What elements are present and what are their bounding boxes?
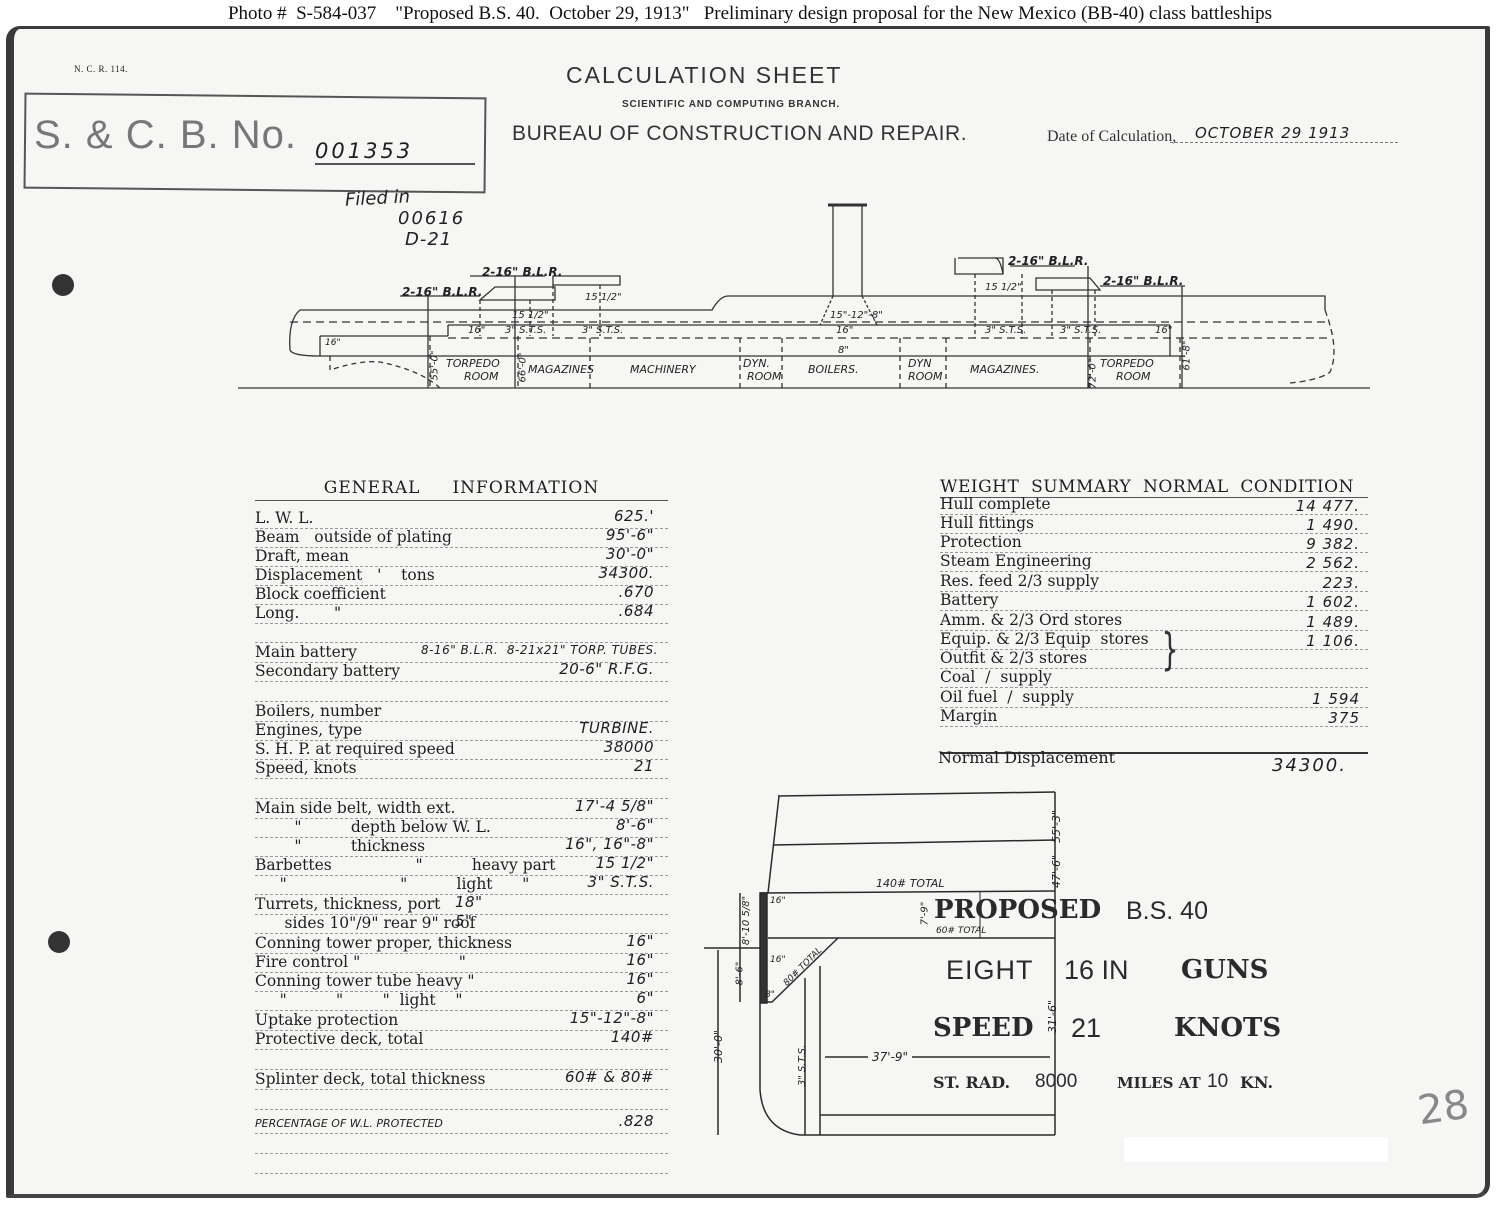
row-value: 15 1/2" — [596, 854, 654, 873]
row-label: L. W. L. — [255, 509, 313, 528]
row-label: Protective deck, total — [255, 1030, 423, 1049]
weight-summary-row: Outfit & 2/3 stores — [940, 649, 1368, 669]
compartment-boilers: BOILERS. — [808, 363, 859, 376]
row-label: Main side belt, width ext. — [255, 799, 455, 818]
armor-uptake: 15"-12"-8" — [830, 310, 883, 321]
row-label: Equip. & 2/3 Equip stores — [940, 630, 1149, 649]
row-label: S. H. P. at required speed — [255, 740, 455, 759]
general-info-row: Block coefficient.670 — [255, 585, 668, 605]
general-info-row: Secondary battery20-6" R.F.G. — [255, 662, 668, 682]
row-label: Boilers, number — [255, 702, 381, 721]
dim-8-6: 8'-6" — [734, 962, 745, 986]
row-value: 30'-0" — [606, 545, 654, 564]
deck-140-label: 140# TOTAL — [876, 877, 944, 890]
row-value: 16" — [627, 970, 655, 989]
row-label: Margin — [940, 707, 997, 726]
row-value: 15"-12"-8" — [570, 1009, 654, 1028]
dim-47-6: 47'-6" — [1050, 855, 1063, 888]
summary-eight: EIGHT — [946, 955, 1034, 986]
weight-summary-row: Equip. & 2/3 Equip stores1 106. — [940, 630, 1368, 650]
row-value: 625.' — [614, 507, 654, 526]
dim-fwd-height: 55'-0" — [430, 350, 441, 380]
redacted-box — [1124, 1137, 1388, 1162]
row-label: Conning tower tube heavy " — [255, 972, 474, 991]
row-value: TURBINE. — [579, 719, 654, 738]
armor-sts-aft-2: 3" S.T.S. — [1060, 325, 1101, 336]
row-label: Barbettes " heavy part — [255, 856, 556, 875]
row-label: Engines, type — [255, 721, 362, 740]
dim-55-3: 55'-3" — [1050, 810, 1063, 843]
summary-design-id: B.S. 40 — [1126, 897, 1208, 926]
brace-symbol: } — [1162, 628, 1179, 672]
weight-summary-row: Battery1 602. — [940, 591, 1368, 611]
general-info-row: " " " light "6" — [255, 991, 668, 1011]
summary-guns: GUNS — [1181, 955, 1268, 985]
general-info-row: Fire control " "16" — [255, 953, 668, 973]
weight-summary-row: Oil fuel / supply1 594 — [940, 688, 1368, 708]
armor-belt-bow: 16" — [325, 338, 341, 348]
normal-displacement-value: 34300. — [1272, 755, 1347, 776]
row-label: Secondary battery — [255, 662, 400, 681]
row-label: PERCENTAGE OF W.L. PROTECTED — [255, 1114, 443, 1133]
general-info-row — [255, 779, 668, 799]
dim-31-6: 31'-6" — [1046, 1000, 1059, 1033]
summary-miles-at: MILES AT — [1117, 1074, 1201, 1092]
turret-b-label: 2-16" B.L.R. — [482, 265, 562, 279]
row-label: " " light " — [255, 875, 529, 894]
row-label: Fire control " " — [255, 953, 466, 972]
row-label: Draft, mean — [255, 547, 349, 566]
general-info-row — [255, 682, 668, 702]
armor-belt-fwd: 16" — [468, 325, 485, 336]
summary-proposed: PROPOSED — [934, 895, 1101, 925]
deck-60-label: 60# TOTAL — [936, 926, 986, 936]
general-info-row: " " light "3" S.T.S. — [255, 875, 668, 895]
general-info-row — [255, 623, 668, 643]
row-value: 20-6" R.F.G. — [559, 660, 654, 679]
dim-aft-height: 61'-8" — [1182, 340, 1193, 370]
armor-sts-fwd: 3" S.T.S. — [505, 325, 546, 336]
belt-top-label: 16" — [770, 896, 786, 906]
general-info-row: Protective deck, total140# — [255, 1030, 668, 1050]
weight-summary-row: Hull fittings1 490. — [940, 514, 1368, 534]
armor-barbette-fwd: 15 1/2" — [585, 292, 622, 303]
row-label: Main battery — [255, 643, 357, 662]
row-value: 3" S.T.S. — [588, 873, 654, 892]
general-info-row: Speed, knots21 — [255, 759, 668, 779]
row-value: 8-16" B.L.R. 8-21x21" TORP. TUBES. — [421, 641, 658, 660]
summary-radius-speed: 10 — [1207, 1071, 1228, 1093]
row-value: 8'-6" — [616, 816, 654, 835]
compartment-torpedo-aft: TORPEDOROOM — [1100, 357, 1154, 383]
summary-radius-label: ST. RAD. — [933, 1073, 1010, 1092]
armor-barbette-aft: 15 1/2" — [985, 282, 1022, 293]
row-label: sides 10"/9" rear 9" roof — [255, 914, 475, 933]
row-label: Turrets, thickness, port — [255, 895, 440, 914]
general-info-row: Splinter deck, total thickness60# & 80# — [255, 1070, 668, 1090]
row-value: 6" — [637, 989, 654, 1008]
row-value: 1 602. — [1306, 593, 1360, 612]
row-value: 60# & 80# — [565, 1068, 654, 1087]
general-info-row: Uptake protection15"-12"-8" — [255, 1011, 668, 1031]
general-information-heading: GENERAL INFORMATION — [255, 478, 668, 501]
row-label: Long. " — [255, 604, 341, 623]
general-info-row: Main side belt, width ext.17'-4 5/8" — [255, 799, 668, 819]
dim-30-0: 30'-0" — [712, 1030, 725, 1063]
turret-a-label: 2-16" B.L.R. — [402, 285, 482, 299]
bulkhead-sts-label: 3" S.T.S. — [797, 1045, 808, 1086]
belt-mid-label: 16" — [770, 955, 786, 965]
row-value: 5" — [455, 912, 472, 931]
row-label: Splinter deck, total thickness — [255, 1070, 485, 1089]
turret-c-label: 2-16" B.L.R. — [1008, 254, 1088, 268]
row-label: Protection — [940, 533, 1022, 552]
page-number: 28 — [1415, 1082, 1472, 1135]
summary-knots: KNOTS — [1174, 1013, 1281, 1043]
dim-37-9: 37'-9" — [868, 1050, 912, 1064]
belt-bottom-label: 8" — [765, 990, 775, 1000]
row-value: 34300. — [599, 564, 655, 583]
row-label: Uptake protection — [255, 1011, 398, 1030]
weight-summary-row: Amm. & 2/3 Ord stores1 489. — [940, 611, 1368, 631]
armor-belt-lower: 8" — [838, 345, 849, 356]
row-label: Hull fittings — [940, 514, 1034, 533]
row-label: Displacement ' tons — [255, 566, 435, 585]
row-value: 17'-4 5/8" — [575, 797, 654, 816]
compartment-dynamo-fwd: DYN.ROOM — [743, 357, 781, 383]
row-value: 16" — [627, 932, 655, 951]
general-info-row — [255, 1154, 668, 1174]
row-label: Battery — [940, 591, 998, 610]
general-info-row — [255, 1090, 668, 1110]
general-info-row — [255, 1050, 668, 1070]
weight-summary-row: Steam Engineering2 562. — [940, 552, 1368, 572]
armor-sts-aft: 3" S.T.S. — [985, 325, 1026, 336]
normal-displacement-label: Normal Displacement — [938, 748, 1115, 767]
row-label: Hull complete — [940, 495, 1051, 514]
weight-summary-row: Protection9 382. — [940, 533, 1368, 553]
row-label: Amm. & 2/3 Ord stores — [940, 611, 1122, 630]
armor-belt-mid: 16" — [836, 325, 853, 336]
compartment-magazines-fwd: MAGAZINES — [528, 363, 594, 376]
general-info-row: PERCENTAGE OF W.L. PROTECTED.828 — [255, 1114, 668, 1134]
compartment-torpedo-fwd: TORPEDOROOM — [446, 357, 500, 383]
general-info-row: Conning tower tube heavy "16" — [255, 972, 668, 992]
armor-belt-aft: 16" — [1155, 325, 1172, 336]
turret-d-label: 2-16" B.L.R. — [1103, 274, 1183, 288]
summary-caliber: 16 IN — [1064, 955, 1129, 986]
row-label: Speed, knots — [255, 759, 357, 778]
general-info-row: Conning tower proper, thickness16" — [255, 934, 668, 954]
row-value: .670 — [619, 583, 654, 602]
general-info-row: sides 10"/9" rear 9" roof5" — [255, 914, 668, 934]
dim-fwd-turret-height: 66'-0" — [518, 352, 529, 382]
row-label: Coal / supply — [940, 668, 1052, 687]
general-info-row: Displacement ' tons34300. — [255, 566, 668, 586]
row-value: .684 — [619, 602, 654, 621]
row-value: 21 — [634, 757, 654, 776]
row-value: 16" — [627, 951, 655, 970]
row-value: 375 — [1328, 709, 1360, 728]
row-label: Outfit & 2/3 stores — [940, 649, 1087, 668]
row-value: 16", 16"-8" — [565, 835, 654, 854]
row-label: Beam outside of plating — [255, 528, 452, 547]
compartment-machinery: MACHINERY — [630, 363, 696, 376]
weight-summary-row: Coal / supply — [940, 668, 1368, 688]
row-value: 2 562. — [1306, 554, 1360, 573]
row-label: " depth below W. L. — [255, 818, 491, 837]
summary-speed-value: 21 — [1071, 1013, 1101, 1044]
row-label: Conning tower proper, thickness — [255, 934, 512, 953]
general-info-row: Long. ".684 — [255, 604, 668, 624]
general-info-row: S. H. P. at required speed38000 — [255, 740, 668, 760]
row-value: .828 — [619, 1112, 654, 1131]
row-value: 95'-6" — [606, 526, 654, 545]
row-value: 18" — [455, 893, 483, 912]
weight-summary-row: Hull complete14 477. — [940, 495, 1368, 515]
row-label: Res. feed 2/3 supply — [940, 572, 1099, 591]
dim-aft-turret-height: 72'-0" — [1088, 358, 1099, 388]
summary-kn: KN. — [1240, 1073, 1273, 1092]
summary-radius-value: 8000 — [1035, 1071, 1077, 1093]
row-label: " " " light " — [255, 991, 462, 1010]
weight-summary-row: Margin375 — [940, 707, 1368, 727]
compartment-dynamo-aft: DYNROOM — [908, 357, 942, 383]
compartment-magazines-aft: MAGAZINES. — [970, 363, 1040, 376]
row-label: Oil fuel / supply — [940, 688, 1074, 707]
row-value: 140# — [611, 1028, 654, 1047]
general-info-row — [255, 1134, 668, 1154]
row-label: Block coefficient — [255, 585, 386, 604]
dim-7-9: 7'-9" — [919, 902, 930, 926]
armor-barbette-fwd-low: 15 1/2" — [512, 310, 549, 321]
row-label: Steam Engineering — [940, 552, 1092, 571]
weight-summary-row: Res. feed 2/3 supply223. — [940, 572, 1368, 592]
row-label: " thickness — [255, 837, 425, 856]
armor-sts-fwd-2: 3" S.T.S. — [582, 325, 623, 336]
row-value: 38000 — [604, 738, 654, 757]
dim-8-10: 8'-10 5/8" — [741, 896, 752, 945]
summary-speed-label: SPEED — [933, 1013, 1034, 1043]
